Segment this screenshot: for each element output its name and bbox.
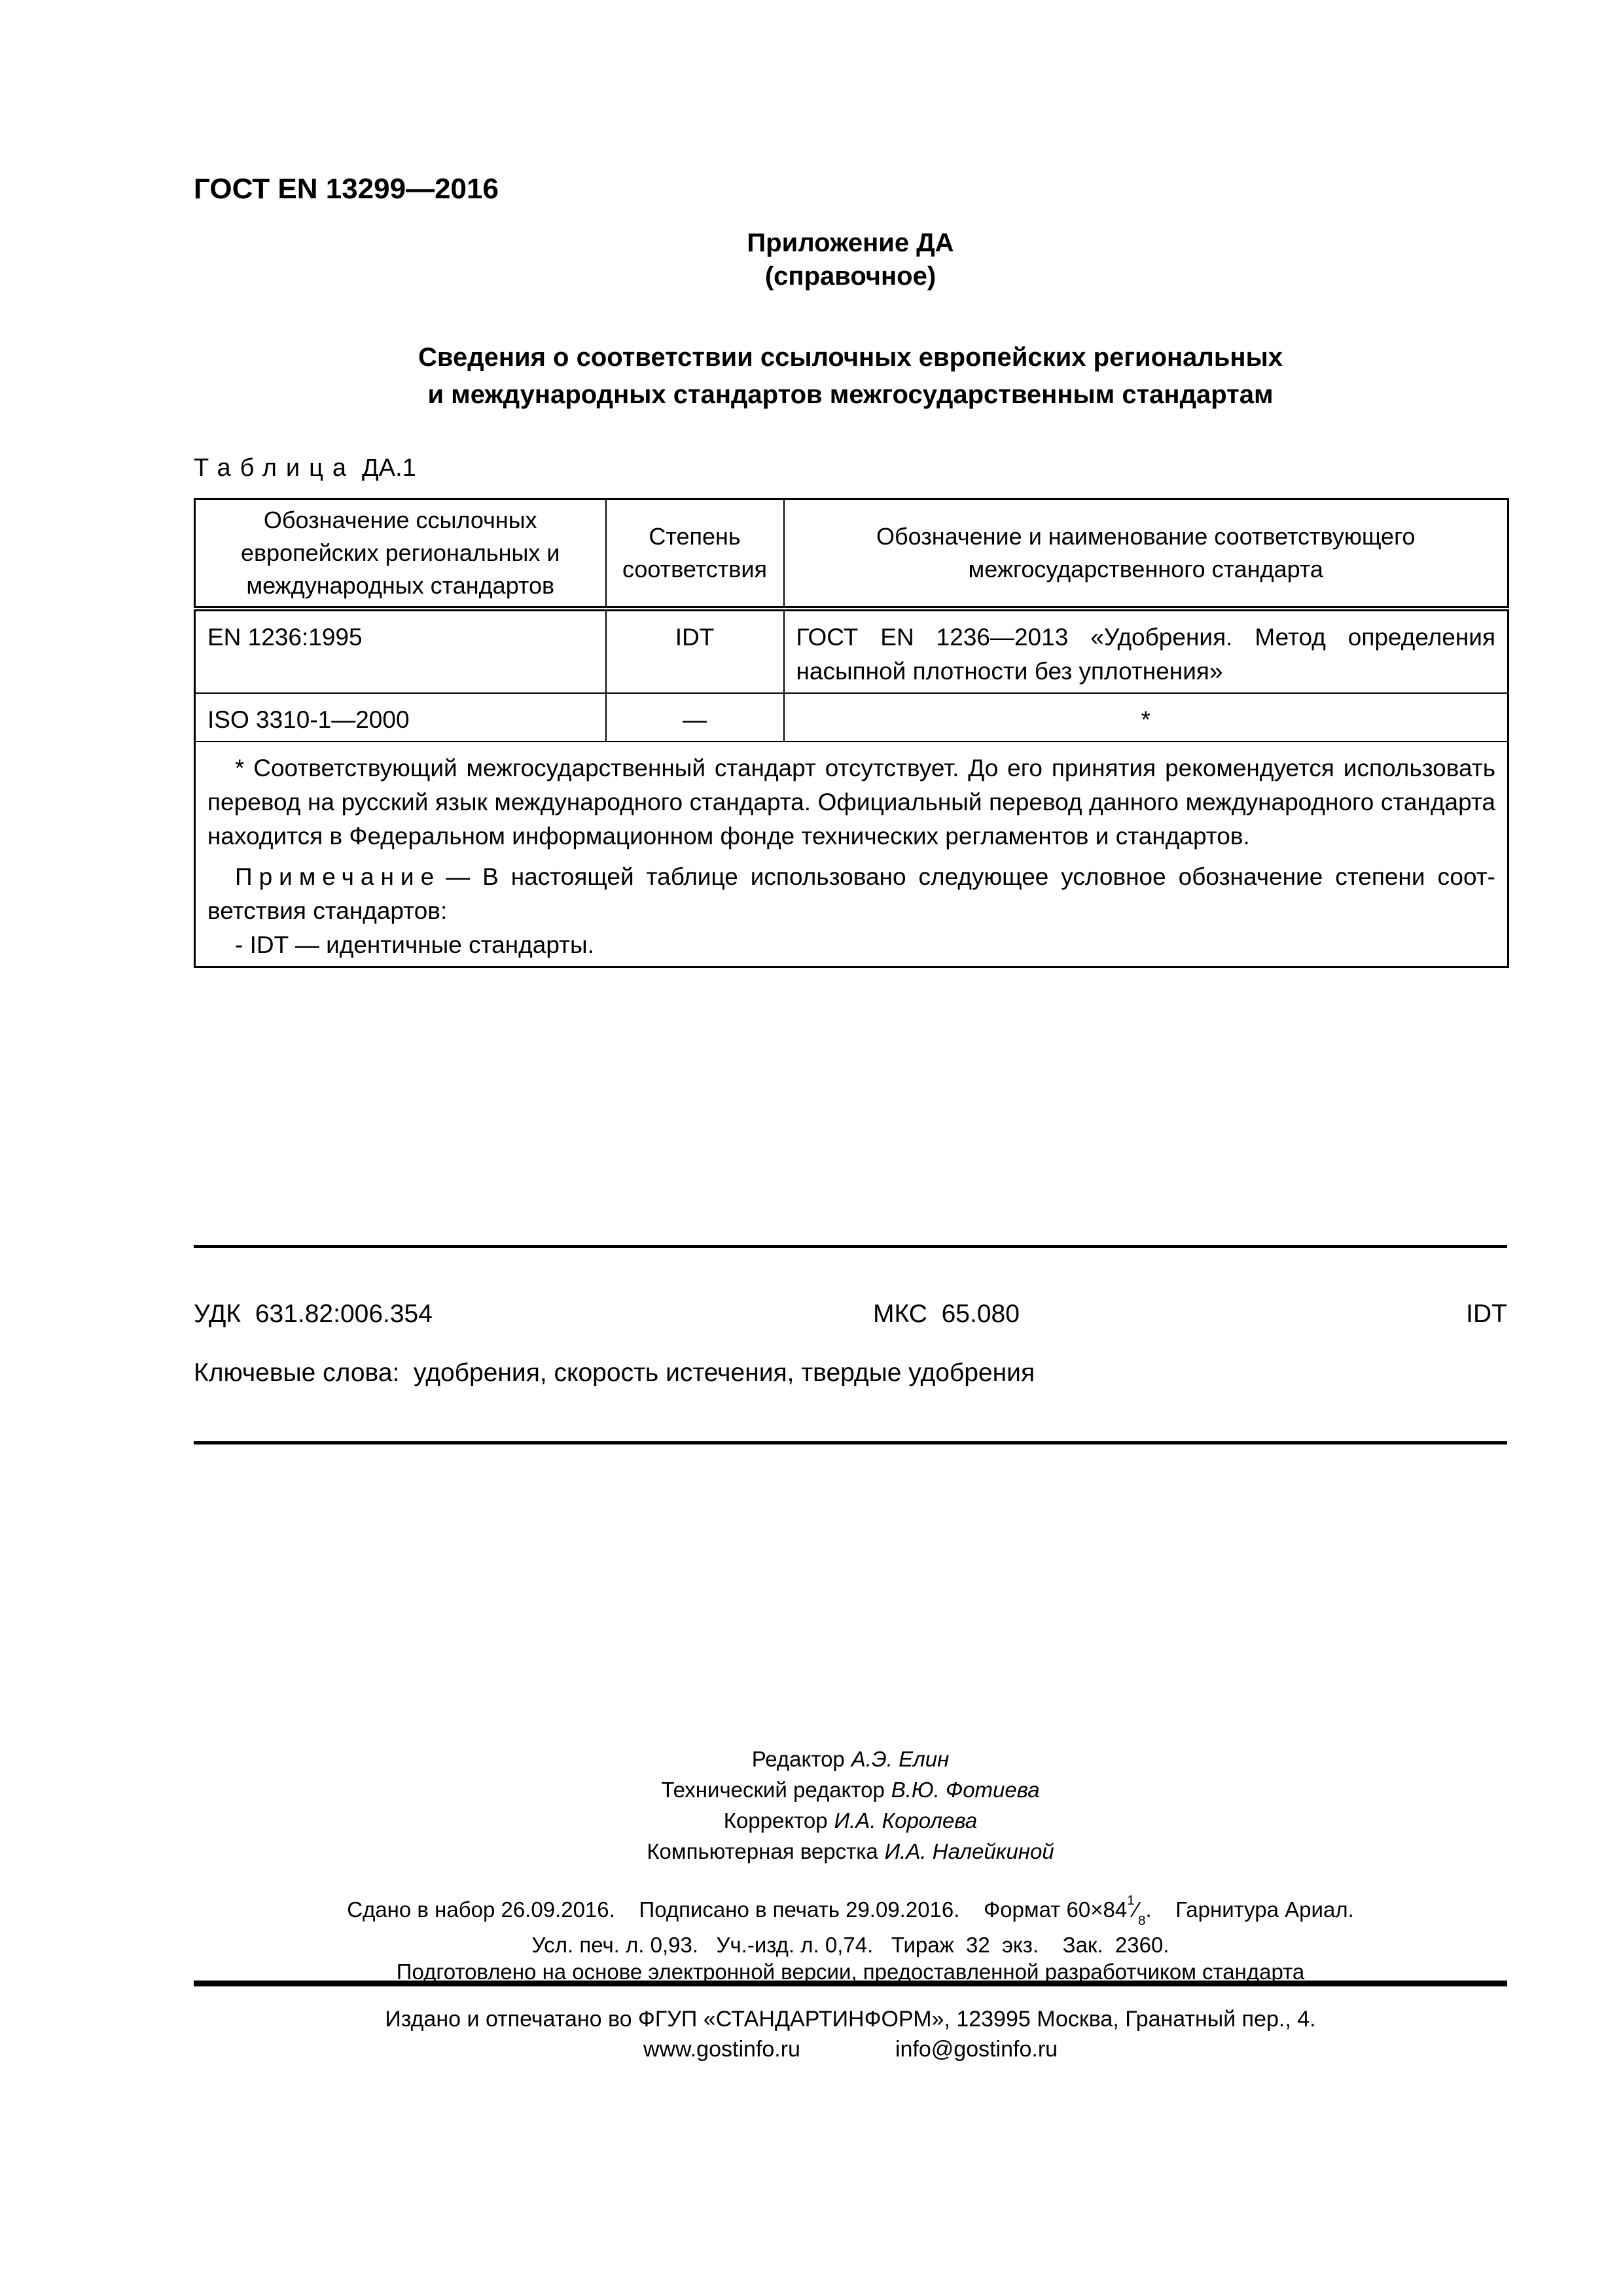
fraction-numerator: 1 bbox=[1127, 1893, 1134, 1908]
table-label: ТаблицаДА.1 bbox=[194, 454, 416, 482]
udk-code: УДК 631.82:006.354 bbox=[194, 1300, 433, 1329]
gost-document-page: ГОСТ EN 13299—2016 Приложение ДА (справо… bbox=[0, 0, 1623, 2296]
col-header-reference-standards: Обозначение ссылочных европейских регион… bbox=[195, 499, 606, 609]
col-header-degree-of-correspondence: Степень соответствия bbox=[606, 499, 784, 609]
table-footnote-cell: * Соответствующий межгосударственный ста… bbox=[195, 742, 1508, 967]
horizontal-rule-thick bbox=[194, 1981, 1507, 1986]
table-note-item: - IDT — идентичные стандарты. bbox=[207, 928, 1495, 962]
format-fraction: 1⁄8 bbox=[1127, 1897, 1145, 1922]
credit-name: А.Э. Елин bbox=[851, 1747, 950, 1771]
credit-name: И.А. Налейкиной bbox=[885, 1839, 1054, 1863]
production-line-2: Усл. печ. л. 0,93. Уч.-изд. л. 0,74. Тир… bbox=[194, 1931, 1507, 1958]
classification-codes-row: УДК 631.82:006.354 МКС 65.080 IDT bbox=[194, 1300, 1507, 1329]
correspondence-table: Обозначение ссылочных европейских регион… bbox=[194, 498, 1509, 968]
idt-code: IDT bbox=[1466, 1300, 1507, 1329]
appendix-heading: Приложение ДА (справочное) bbox=[194, 226, 1507, 293]
table-note-word: Примечание bbox=[235, 863, 440, 890]
cell-degree: — bbox=[606, 693, 784, 742]
credits-block: РедакторА.Э. Елин Технический редакторВ.… bbox=[194, 1744, 1507, 1867]
publisher-links: www.gostinfo.ru info@gostinfo.ru bbox=[194, 2034, 1507, 2064]
cell-degree: IDT bbox=[606, 609, 784, 693]
table-row: ISO 3310-1—2000 — * bbox=[195, 693, 1508, 742]
credit-line-proofreader: КорректорИ.А. Королева bbox=[194, 1805, 1507, 1836]
table-footnote-row: * Соответствующий межгосударственный ста… bbox=[195, 742, 1508, 967]
publisher-website: www.gostinfo.ru bbox=[643, 2034, 800, 2064]
cell-interstate-standard: * bbox=[784, 693, 1508, 742]
credit-line-layout: Компьютерная версткаИ.А. Налейкиной bbox=[194, 1836, 1507, 1867]
section-title-line-2: и международных стандартов межгосударств… bbox=[194, 376, 1507, 414]
horizontal-rule bbox=[194, 1245, 1507, 1248]
cell-reference-standard: EN 1236:1995 bbox=[195, 609, 606, 693]
cell-reference-standard: ISO 3310-1—2000 bbox=[195, 693, 606, 742]
credit-role: Технический редактор bbox=[661, 1778, 884, 1802]
col-header-interstate-standard: Обозначение и наименование соответствующ… bbox=[784, 499, 1508, 609]
production-line-1-start: Сдано в набор 26.09.2016. Подписано в пе… bbox=[347, 1897, 1127, 1922]
publisher-email: info@gostinfo.ru bbox=[895, 2034, 1058, 2064]
table-note: Примечание— В настоящей таблице использо… bbox=[207, 860, 1495, 928]
horizontal-rule bbox=[194, 1441, 1507, 1444]
publisher-block: Издано и отпечатано во ФГУП «СТАНДАРТИНФ… bbox=[194, 2004, 1507, 2064]
section-title-line-1: Сведения о соответствии ссылочных европе… bbox=[194, 339, 1507, 376]
credit-line-editor: РедакторА.Э. Елин bbox=[194, 1744, 1507, 1774]
production-block: Сдано в набор 26.09.2016. Подписано в пе… bbox=[194, 1892, 1507, 1985]
production-line-1: Сдано в набор 26.09.2016. Подписано в пе… bbox=[194, 1892, 1507, 1931]
credit-role: Компьютерная верстка bbox=[647, 1839, 878, 1863]
doc-code: ГОСТ EN 13299—2016 bbox=[194, 173, 499, 206]
table-header-row: Обозначение ссылочных европейских регион… bbox=[195, 499, 1508, 609]
credit-name: И.А. Королева bbox=[834, 1808, 978, 1833]
table-footnote-text: * Соответствующий межгосударственный ста… bbox=[207, 751, 1495, 853]
credit-line-technical-editor: Технический редакторВ.Ю. Фотиева bbox=[194, 1774, 1507, 1805]
fraction-denominator: 8 bbox=[1138, 1913, 1145, 1928]
table-label-number: ДА.1 bbox=[362, 454, 416, 482]
table-row: EN 1236:1995 IDT ГОСТ EN 1236—2013 «Удоб… bbox=[195, 609, 1508, 693]
section-title: Сведения о соответствии ссылочных европе… bbox=[194, 339, 1507, 414]
credit-name: В.Ю. Фотиева bbox=[891, 1778, 1040, 1802]
credit-role: Редактор bbox=[752, 1747, 845, 1771]
publisher-address-line: Издано и отпечатано во ФГУП «СТАНДАРТИНФ… bbox=[194, 2004, 1507, 2034]
production-line-1-end: . Гарнитура Ариал. bbox=[1145, 1897, 1353, 1922]
cell-interstate-standard: ГОСТ EN 1236—2013 «Удобрения. Метод опре… bbox=[784, 609, 1508, 693]
appendix-type: (справочное) bbox=[194, 260, 1507, 293]
mks-code: МКС 65.080 bbox=[873, 1300, 1020, 1329]
appendix-label: Приложение ДА bbox=[194, 226, 1507, 260]
table-label-word: Таблица bbox=[194, 454, 355, 482]
credit-role: Корректор bbox=[724, 1808, 828, 1833]
keywords-line: Ключевые слова: удобрения, скорость исте… bbox=[194, 1359, 1035, 1388]
